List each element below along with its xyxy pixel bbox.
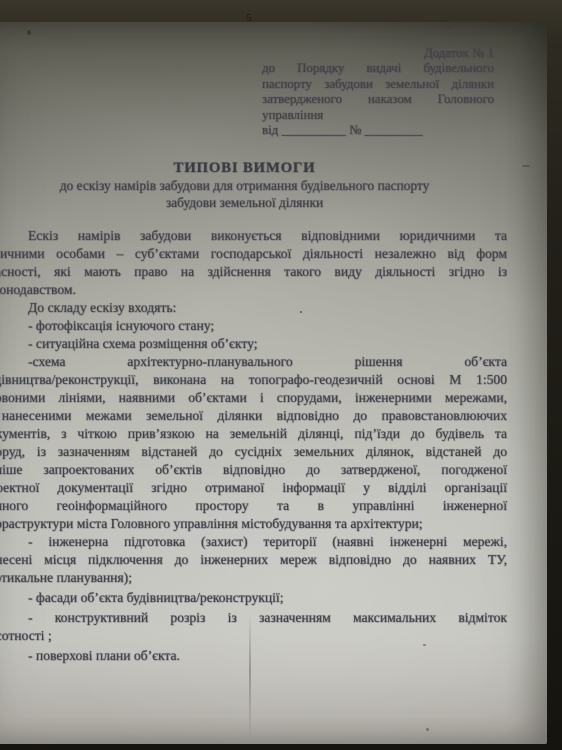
list-item-apr-line: споруд, із зазначенням відстаней до сусі…: [0, 443, 507, 461]
list-item-facades: - фасади об’єкта будівництва/реконструкц…: [0, 589, 507, 607]
paper-sheet: Додаток № 1 до Порядку видачі будівельно…: [0, 22, 547, 744]
photo-speck: [426, 728, 429, 731]
appendix-line-4: затвердженого наказом Головного: [262, 92, 494, 107]
appendix-line-5: управління: [262, 108, 494, 123]
list-item-floor-plans: - поверхові плани об’єкта.: [0, 647, 507, 665]
paragraph-line: фізичними особами – суб’єктами господарс…: [0, 245, 507, 263]
photo-speck: [522, 165, 530, 167]
list-item-photo-fixation: - фотофіксація існуючого стану;: [0, 317, 507, 335]
document-body: ТИПОВІ ВИМОГИ до ескізу намірів забудови…: [0, 160, 507, 665]
list-item-engineering-line: нанесені місця підключення до інженерних…: [0, 551, 507, 569]
photo-of-document: { "doc": { "page_number": "5", "appendix…: [0, 0, 562, 750]
appendix-line-2: до Порядку видачі будівельного: [262, 61, 494, 76]
appendix-date-number-line: від __________ № _________: [262, 123, 494, 138]
list-item-apr-line: інфраструктури міста Головного управлінн…: [0, 515, 507, 533]
document-subtitle-line-2: забудови земельної ділянки: [0, 194, 507, 211]
list-item-apr-line: з нанесеними межами земельної ділянки ві…: [0, 407, 507, 425]
paper-crease: [249, 612, 251, 742]
document-title: ТИПОВІ ВИМОГИ: [0, 160, 507, 177]
photo-speck: [27, 30, 31, 35]
spacer: [0, 211, 507, 227]
photo-speck: [423, 644, 426, 646]
appendix-line-3: паспорту забудови земельної ділянки: [262, 77, 494, 92]
list-item-apr-line: проектної документації згідно отриманої …: [0, 479, 507, 497]
photo-speck: [447, 26, 453, 28]
paragraph-line: Ескіз намірів забудови виконується відпо…: [0, 227, 507, 245]
list-item-apr-line: -схема архітектурно-планувального рішенн…: [0, 353, 507, 371]
list-item-engineering-line: - інженерна підготовка (захист) територі…: [0, 533, 507, 551]
list-item-apr-line: червоними лініями, наявними об’єктами і …: [0, 389, 507, 407]
list-item-engineering-line: вертикальне планування);: [0, 569, 507, 587]
list-item-apr-line: будівництва/реконструкції, виконана на т…: [0, 371, 507, 389]
list-item-apr-line: єдиного геоінформаційного простору та в …: [0, 497, 507, 515]
appendix-block: Додаток № 1 до Порядку видачі будівельно…: [262, 46, 494, 138]
list-intro: До складу ескізу входять:: [0, 299, 507, 317]
paragraph-line: власності, які мають право на здійснення…: [0, 263, 507, 281]
paragraph-line: законодавством.: [0, 281, 507, 299]
list-item-situational-scheme: - ситуаційна схема розміщення об’єкту;: [0, 335, 507, 353]
list-item-apr-line: документів, з чіткою прив’язкою на земел…: [0, 425, 507, 443]
list-item-section-line: - конструктивний розріз із зазначенням м…: [0, 609, 507, 627]
list-item-section-line: висотності ;: [0, 627, 507, 645]
list-item-apr-line: раніше запроектованих об’єктів відповідн…: [0, 461, 507, 479]
photo-background: 5 Додаток № 1 до Порядку видачі будівель…: [0, 0, 562, 750]
document-subtitle-line-1: до ескізу намірів забудови для отримання…: [0, 177, 507, 194]
appendix-line-1: Додаток № 1: [262, 46, 494, 61]
photo-speck: [300, 311, 302, 313]
